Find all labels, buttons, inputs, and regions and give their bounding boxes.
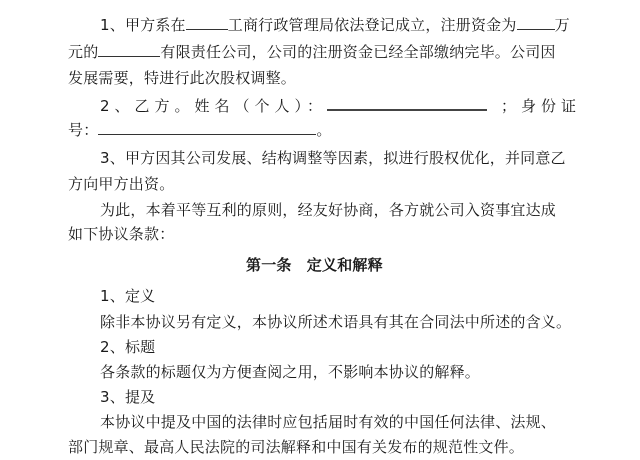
blank-field-company[interactable] xyxy=(98,42,160,57)
blank-field-id-number[interactable] xyxy=(98,120,316,135)
para1-line3: 发展需要，特进行此次股权调整。 xyxy=(68,68,296,88)
para1-line2: 元的有限责任公司，公司的注册资金已经全部缴纳完毕。公司因 xyxy=(68,42,556,62)
section1-title: 1、定义 xyxy=(100,286,155,306)
para4-line2: 如下协议条款： xyxy=(68,224,174,244)
para4-line1: 为此，本着平等互利的原则，经友好协商，各方就公司入资事宜达成 xyxy=(100,200,556,220)
blank-field-name[interactable] xyxy=(327,95,487,111)
section1-body: 除非本协议另有定义，本协议所述术语具有其在合同法中所述的含义。 xyxy=(100,312,571,332)
text: 工商行政管理局依法登记成立，注册资金为 xyxy=(228,16,517,34)
blank-field-capital[interactable] xyxy=(517,15,555,30)
article-title: 第一条 定义和解释 xyxy=(246,255,383,275)
text: 。 xyxy=(316,121,331,139)
section3-title: 3、提及 xyxy=(100,387,155,407)
text: 2、乙方。姓名（个人）： xyxy=(100,97,327,115)
text: 1、甲方系在 xyxy=(100,16,186,34)
section2-title: 2、标题 xyxy=(100,337,155,357)
section3-body-line2: 部门规章、最高人民法院的司法解释和中国有关发布的规范性文件。 xyxy=(68,437,524,457)
para2-line2: 号：。 xyxy=(68,120,332,140)
section3-body-line1: 本协议中提及中国的法律时应包括届时有效的中国任何法律、法规、 xyxy=(100,412,556,432)
para2-line1: 2、乙方。姓名（个人）：；身份证 xyxy=(100,95,581,116)
para3-line1: 3、甲方因其公司发展、结构调整等因素，拟进行股权优化，并同意乙 xyxy=(100,148,566,168)
section2-body: 各条款的标题仅为方便查阅之用，不影响本协议的解释。 xyxy=(100,362,480,382)
text: 号： xyxy=(68,121,98,139)
para1-line1: 1、甲方系在工商行政管理局依法登记成立，注册资金为万 xyxy=(100,15,570,35)
para3-line2: 方向甲方出资。 xyxy=(68,174,174,194)
text: 万 xyxy=(555,16,570,34)
blank-field-bureau[interactable] xyxy=(186,15,228,30)
text: 元的 xyxy=(68,43,98,61)
text: ；身份证 xyxy=(501,97,581,115)
text: 有限责任公司，公司的注册资金已经全部缴纳完毕。公司因 xyxy=(160,43,555,61)
